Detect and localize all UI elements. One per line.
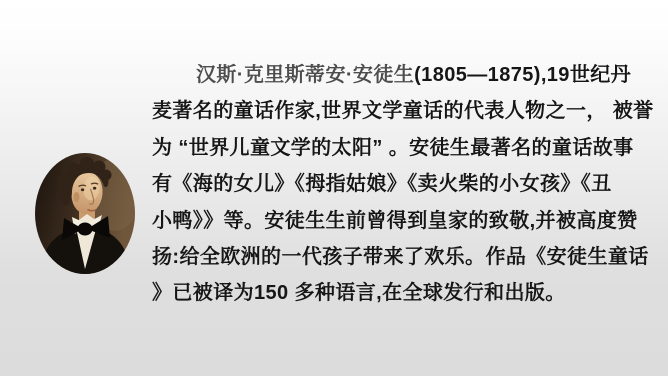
andersen-portrait-image — [35, 153, 135, 274]
bio-line-5: 小鸭》》等。安徒生生前曾得到皇家的致敬,并被高度赞 — [152, 203, 658, 239]
bio-line-6: 扬:给全欧洲的一代孩子带来了欢乐。作品《安徒生童话 — [152, 239, 658, 275]
bio-line-1: 汉斯·克里斯蒂安·安徒生(1805—1875),19世纪丹 — [152, 57, 658, 93]
bio-line-4: 有《海的女儿》《拇指姑娘》《卖火柴的小女孩》《丑 — [152, 166, 658, 202]
bio-line-3: 为 “世界儿童文学的太阳” 。安徒生最著名的童话故事 — [152, 130, 658, 166]
andersen-portrait — [35, 153, 135, 274]
bio-paragraph: 汉斯·克里斯蒂安·安徒生(1805—1875),19世纪丹 麦著名的童话作家,世… — [152, 57, 658, 312]
bio-line-2: 麦著名的童话作家,世界文学童话的代表人物之一， 被誉 — [152, 93, 658, 129]
bio-line-1-rest: (1805—1875),19世纪丹 — [414, 64, 631, 86]
slide: 汉斯·克里斯蒂安·安徒生(1805—1875),19世纪丹 麦著名的童话作家,世… — [0, 0, 668, 376]
andersen-name-text: 汉斯·克里斯蒂安·安徒生 — [196, 64, 414, 86]
bio-line-7: 》已被译为150 多种语言,在全球发行和出版。 — [152, 275, 658, 311]
